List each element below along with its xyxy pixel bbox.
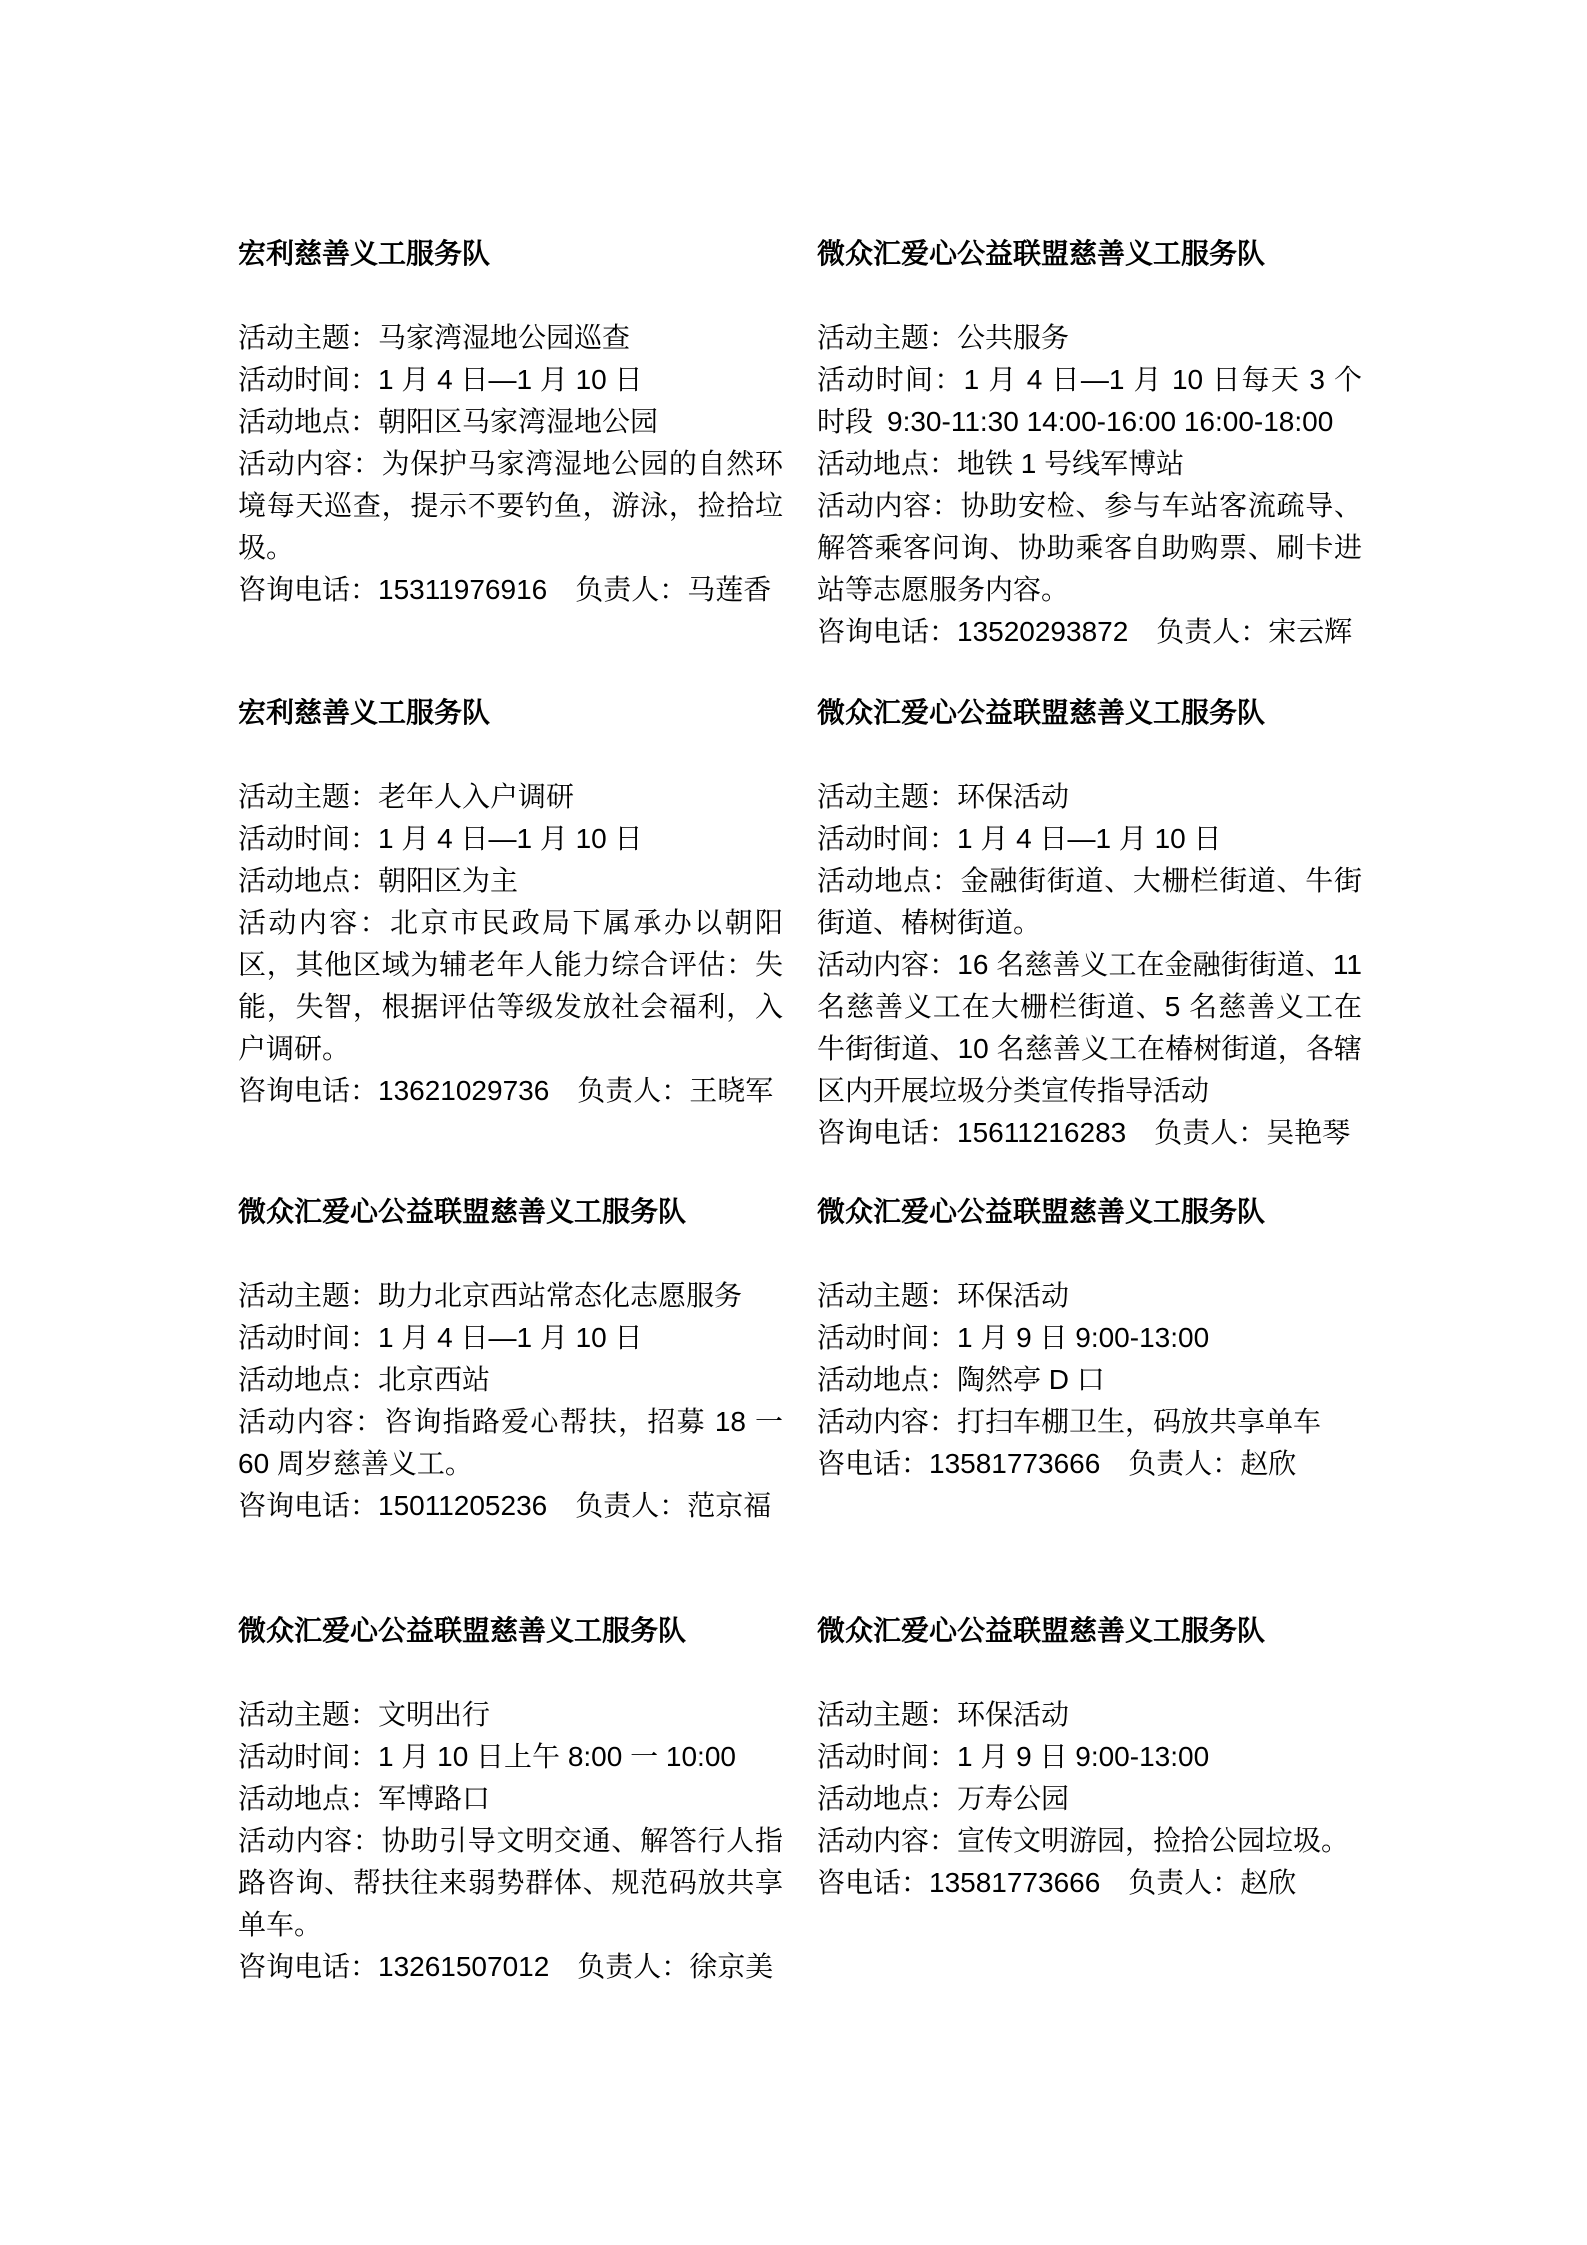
team-name-title: 微众汇爱心公益联盟慈善义工服务队 xyxy=(817,233,1362,275)
team-name-title: 微众汇爱心公益联盟慈善义工服务队 xyxy=(817,692,1362,734)
contact-line: 咨询电话：13261507012 负责人：徐京美 xyxy=(238,1946,783,1988)
contact-line: 咨询电话：13621029736 负责人：王晓军 xyxy=(238,1070,783,1112)
activity-location: 活动地点：朝阳区为主 xyxy=(238,860,783,902)
activity-time: 活动时间：1 月 9 日 9:00-13:00 xyxy=(817,1736,1362,1778)
activity-time: 活动时间：1 月 4 日—1 月 10 日 xyxy=(238,818,783,860)
activity-content: 活动内容：协助安检、参与车站客流疏导、解答乘客问询、协助乘客自助购票、刷卡进站等… xyxy=(817,485,1362,611)
activity-location: 活动地点：万寿公园 xyxy=(817,1778,1362,1820)
service-team-block: 微众汇爱心公益联盟慈善义工服务队 活动主题：环保活动 活动时间：1 月 9 日 … xyxy=(817,1191,1362,1485)
contact-line: 咨询电话：13520293872 负责人：宋云辉 xyxy=(817,611,1362,653)
activity-content: 活动内容：为保护马家湾湿地公园的自然环境每天巡查，提示不要钓鱼，游泳，捡拾垃圾。 xyxy=(238,443,783,569)
document-page: 宏利慈善义工服务队 活动主题：马家湾湿地公园巡查 活动时间：1 月 4 日—1 … xyxy=(0,0,1587,2245)
activity-location: 活动地点：军博路口 xyxy=(238,1778,783,1820)
team-name-title: 微众汇爱心公益联盟慈善义工服务队 xyxy=(817,1191,1362,1233)
activity-location: 活动地点：金融街街道、大栅栏街道、牛街街道、椿树街道。 xyxy=(817,860,1362,944)
activity-time: 活动时间：1 月 4 日—1 月 10 日 xyxy=(238,359,783,401)
service-team-block: 宏利慈善义工服务队 活动主题：老年人入户调研 活动时间：1 月 4 日—1 月 … xyxy=(238,692,783,1112)
service-team-block: 微众汇爱心公益联盟慈善义工服务队 活动主题：助力北京西站常态化志愿服务 活动时间… xyxy=(238,1191,783,1527)
service-team-block: 微众汇爱心公益联盟慈善义工服务队 活动主题：公共服务 活动时间：1 月 4 日—… xyxy=(817,233,1362,653)
activity-time: 活动时间：1 月 4 日—1 月 10 日每天 3 个时段 9:30-11:30… xyxy=(817,359,1362,443)
service-team-block: 微众汇爱心公益联盟慈善义工服务队 活动主题：环保活动 活动时间：1 月 9 日 … xyxy=(817,1610,1362,1904)
service-team-block: 微众汇爱心公益联盟慈善义工服务队 活动主题：环保活动 活动时间：1 月 4 日—… xyxy=(817,692,1362,1154)
activity-location: 活动地点：陶然亭 D 口 xyxy=(817,1359,1362,1401)
activity-content: 活动内容：打扫车棚卫生，码放共享单车 xyxy=(817,1401,1362,1443)
team-name-title: 微众汇爱心公益联盟慈善义工服务队 xyxy=(817,1610,1362,1652)
activity-time: 活动时间：1 月 9 日 9:00-13:00 xyxy=(817,1317,1362,1359)
activity-time: 活动时间：1 月 4 日—1 月 10 日 xyxy=(817,818,1362,860)
contact-line: 咨电话：13581773666 负责人：赵欣 xyxy=(817,1443,1362,1485)
activity-time: 活动时间：1 月 4 日—1 月 10 日 xyxy=(238,1317,783,1359)
activity-theme: 活动主题：文明出行 xyxy=(238,1694,783,1736)
activity-location: 活动地点：地铁 1 号线军博站 xyxy=(817,443,1362,485)
activity-content: 活动内容：咨询指路爱心帮扶，招募 18 一 60 周岁慈善义工。 xyxy=(238,1401,783,1485)
activity-location: 活动地点：北京西站 xyxy=(238,1359,783,1401)
team-name-title: 宏利慈善义工服务队 xyxy=(238,233,783,275)
team-name-title: 微众汇爱心公益联盟慈善义工服务队 xyxy=(238,1610,783,1652)
contact-line: 咨电话：13581773666 负责人：赵欣 xyxy=(817,1862,1362,1904)
activity-theme: 活动主题：老年人入户调研 xyxy=(238,776,783,818)
activity-theme: 活动主题：助力北京西站常态化志愿服务 xyxy=(238,1275,783,1317)
activity-content: 活动内容：北京市民政局下属承办以朝阳区，其他区域为辅老年人能力综合评估：失能，失… xyxy=(238,902,783,1070)
team-name-title: 微众汇爱心公益联盟慈善义工服务队 xyxy=(238,1191,783,1233)
activity-theme: 活动主题：马家湾湿地公园巡查 xyxy=(238,317,783,359)
contact-line: 咨询电话：15611216283 负责人：吴艳琴 xyxy=(817,1112,1362,1154)
activity-time: 活动时间：1 月 10 日上午 8:00 一 10:00 xyxy=(238,1736,783,1778)
activity-content: 活动内容：宣传文明游园，捡拾公园垃圾。 xyxy=(817,1820,1362,1862)
activity-theme: 活动主题：环保活动 xyxy=(817,776,1362,818)
contact-line: 咨询电话：15311976916 负责人：马莲香 xyxy=(238,569,783,611)
activity-content: 活动内容：16 名慈善义工在金融街街道、11 名慈善义工在大栅栏街道、5 名慈善… xyxy=(817,944,1362,1112)
service-team-block: 宏利慈善义工服务队 活动主题：马家湾湿地公园巡查 活动时间：1 月 4 日—1 … xyxy=(238,233,783,611)
contact-line: 咨询电话：15011205236 负责人：范京福 xyxy=(238,1485,783,1527)
activity-theme: 活动主题：环保活动 xyxy=(817,1275,1362,1317)
activity-content: 活动内容：协助引导文明交通、解答行人指路咨询、帮扶往来弱势群体、规范码放共享单车… xyxy=(238,1820,783,1946)
activity-location: 活动地点：朝阳区马家湾湿地公园 xyxy=(238,401,783,443)
activity-theme: 活动主题：环保活动 xyxy=(817,1694,1362,1736)
service-team-block: 微众汇爱心公益联盟慈善义工服务队 活动主题：文明出行 活动时间：1 月 10 日… xyxy=(238,1610,783,1988)
activity-theme: 活动主题：公共服务 xyxy=(817,317,1362,359)
team-name-title: 宏利慈善义工服务队 xyxy=(238,692,783,734)
